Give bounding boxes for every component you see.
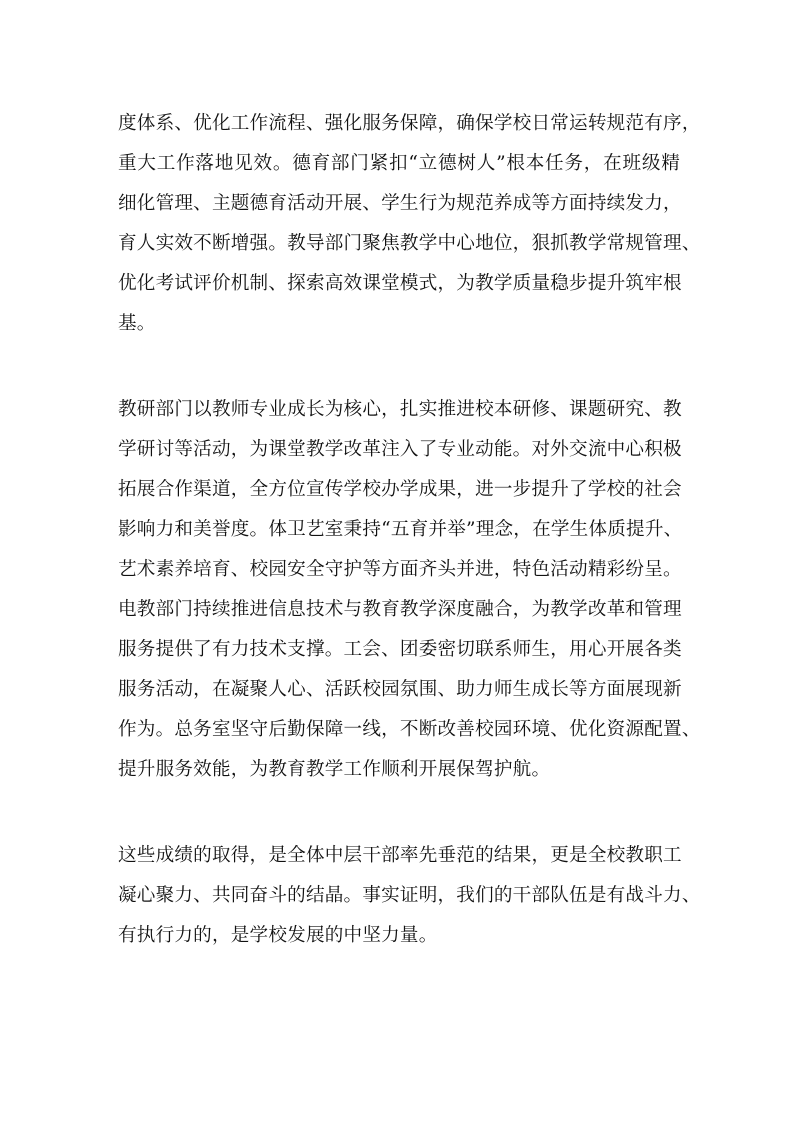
text-line: 服务活动，在凝聚人心、活跃校园氛围、助力师生成长等方面展现新 <box>118 670 680 710</box>
text-line: 提升服务效能，为教育教学工作顺利开展保驾护航。 <box>118 750 680 790</box>
text-line: 艺术素养培育、校园安全守护等方面齐头并进，特色活动精彩纷呈。 <box>118 550 680 590</box>
text-line: 凝心聚力、共同奋斗的结晶。事实证明，我们的干部队伍是有战斗力、 <box>118 876 680 916</box>
text-line: 基。 <box>118 304 680 344</box>
document-page: 度体系、优化工作流程、强化服务保障，确保学校日常运转规范有序， 重大工作落地见效… <box>118 104 680 956</box>
paragraph-3: 这些成绩的取得，是全体中层干部率先垂范的结果，更是全校教职工 凝心聚力、共同奋斗… <box>118 836 680 956</box>
text-line: 度体系、优化工作流程、强化服务保障，确保学校日常运转规范有序， <box>118 104 680 144</box>
text-line: 学研讨等活动，为课堂教学改革注入了专业动能。对外交流中心积极 <box>118 430 680 470</box>
text-line: 细化管理、主题德育活动开展、学生行为规范养成等方面持续发力， <box>118 184 680 224</box>
text-line: 育人实效不断增强。教导部门聚焦教学中心地位，狠抓教学常规管理、 <box>118 224 680 264</box>
text-line: 重大工作落地见效。德育部门紧扣“立德树人”根本任务，在班级精 <box>118 144 680 184</box>
paragraph-1: 度体系、优化工作流程、强化服务保障，确保学校日常运转规范有序， 重大工作落地见效… <box>118 104 680 344</box>
text-line: 服务提供了有力技术支撑。工会、团委密切联系师生，用心开展各类 <box>118 630 680 670</box>
paragraph-2: 教研部门以教师专业成长为核心，扎实推进校本研修、课题研究、教 学研讨等活动，为课… <box>118 390 680 790</box>
text-line: 这些成绩的取得，是全体中层干部率先垂范的结果，更是全校教职工 <box>118 836 680 876</box>
text-line: 作为。总务室坚守后勤保障一线，不断改善校园环境、优化资源配置、 <box>118 710 680 750</box>
text-line: 教研部门以教师专业成长为核心，扎实推进校本研修、课题研究、教 <box>118 390 680 430</box>
text-line: 有执行力的，是学校发展的中坚力量。 <box>118 916 680 956</box>
text-line: 优化考试评价机制、探索高效课堂模式，为教学质量稳步提升筑牢根 <box>118 264 680 304</box>
text-line: 电教部门持续推进信息技术与教育教学深度融合，为教学改革和管理 <box>118 590 680 630</box>
text-line: 影响力和美誉度。体卫艺室秉持“五育并举”理念，在学生体质提升、 <box>118 510 680 550</box>
text-line: 拓展合作渠道，全方位宣传学校办学成果，进一步提升了学校的社会 <box>118 470 680 510</box>
